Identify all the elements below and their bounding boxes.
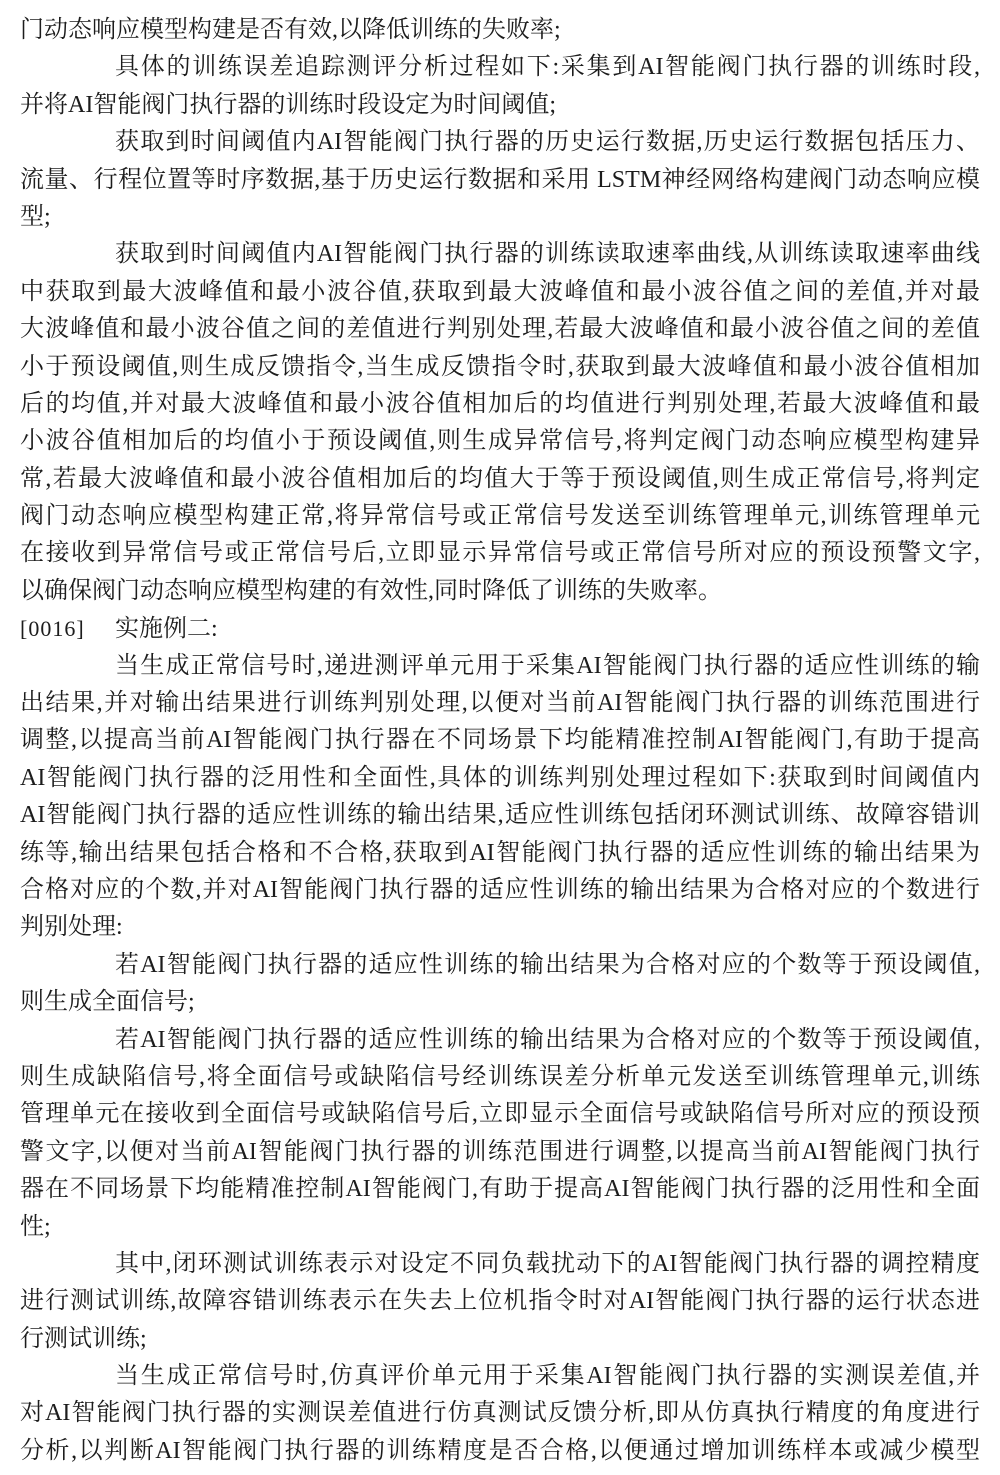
text-line: 行测试训练;	[20, 1321, 980, 1358]
embodiment-heading: 实施例二:	[115, 616, 218, 642]
text-line: 合格对应的个数,并对AI智能阀门执行器的适应性训练的输出结果为合格对应的个数进行	[20, 872, 980, 909]
text-line: 若AI智能阀门执行器的适应性训练的输出结果为合格对应的个数等于预设阈值,	[20, 1022, 980, 1059]
text-line: 警文字,以便对当前AI智能阀门执行器的训练范围进行调整,以提高当前AI智能阀门执…	[20, 1134, 980, 1171]
text-line: 当生成正常信号时,递进测评单元用于采集AI智能阀门执行器的适应性训练的输	[20, 648, 980, 685]
paragraph-number: [0016]	[20, 610, 115, 647]
text-line: 调整,以提高当前AI智能阀门执行器在不同场景下均能精准控制AI智能阀门,有助于提…	[20, 722, 980, 759]
text-line: 后的均值,并对最大波峰值和最小波谷值相加后的均值进行判别处理,若最大波峰值和最	[20, 386, 980, 423]
text-line: 器在不同场景下均能精准控制AI智能阀门,有助于提高AI智能阀门执行器的泛用性和全…	[20, 1171, 980, 1208]
text-line: 大波峰值和最小波谷值之间的差值进行判别处理,若最大波峰值和最小波谷值之间的差值	[20, 311, 980, 348]
text-line: 则生成全面信号;	[20, 984, 980, 1021]
text-line: 阀门动态响应模型构建正常,将异常信号或正常信号发送至训练管理单元,训练管理单元	[20, 498, 980, 535]
text-line: 判别处理:	[20, 909, 980, 946]
text-line: 常,若最大波峰值和最小波谷值相加后的均值大于等于预设阈值,则生成正常信号,将判定	[20, 461, 980, 498]
text-line: 对AI智能阀门执行器的实测误差值进行仿真测试反馈分析,即从仿真执行精度的角度进行	[20, 1395, 980, 1432]
text-line: 在接收到异常信号或正常信号后,立即显示异常信号或正常信号所对应的预设预警文字,	[20, 535, 980, 572]
text-line: 并将AI智能阀门执行器的训练时段设定为时间阈值;	[20, 87, 980, 124]
patent-text-page: 门动态响应模型构建是否有效,以降低训练的失败率;具体的训练误差追踪测评分析过程如…	[0, 0, 1000, 1470]
text-line: 练等,输出结果包括合格和不合格,获取到AI智能阀门执行器的适应性训练的输出结果为	[20, 835, 980, 872]
text-line: 型;	[20, 199, 980, 236]
text-line: 出结果,并对输出结果进行训练判别处理,以便对当前AI智能阀门执行器的训练范围进行	[20, 685, 980, 722]
text-line: AI智能阀门执行器的泛用性和全面性,具体的训练判别处理过程如下:获取到时间阈值内	[20, 760, 980, 797]
text-line: 进行测试训练,故障容错训练表示在失去上位机指令时对AI智能阀门执行器的运行状态进	[20, 1283, 980, 1320]
text-line: 若AI智能阀门执行器的适应性训练的输出结果为合格对应的个数等于预设阈值,	[20, 947, 980, 984]
text-line: 性;	[20, 1209, 980, 1246]
text-line: 以确保阀门动态响应模型构建的有效性,同时降低了训练的失败率。	[20, 573, 980, 610]
text-line: 获取到时间阈值内AI智能阀门执行器的历史运行数据,历史运行数据包括压力、	[20, 124, 980, 161]
text-line: 流量、行程位置等时序数据,基于历史运行数据和采用 LSTM神经网络构建阀门动态响…	[20, 162, 980, 199]
text-line: 分析,以判断AI智能阀门执行器的训练精度是否合格,以便通过增加训练样本或减少模型	[20, 1433, 980, 1470]
text-line: 门动态响应模型构建是否有效,以降低训练的失败率;	[20, 12, 980, 49]
text-line: 具体的训练误差追踪测评分析过程如下:采集到AI智能阀门执行器的训练时段,	[20, 49, 980, 86]
text-line: 其中,闭环测试训练表示对设定不同负载扰动下的AI智能阀门执行器的调控精度	[20, 1246, 980, 1283]
text-line: AI智能阀门执行器的适应性训练的输出结果,适应性训练包括闭环测试训练、故障容错训	[20, 797, 980, 834]
text-line: 当生成正常信号时,仿真评价单元用于采集AI智能阀门执行器的实测误差值,并	[20, 1358, 980, 1395]
paragraph-tag-line: [0016]实施例二:	[20, 610, 980, 647]
text-line: 中获取到最大波峰值和最小波谷值,获取到最大波峰值和最小波谷值之间的差值,并对最	[20, 274, 980, 311]
text-line: 管理单元在接收到全面信号或缺陷信号后,立即显示全面信号或缺陷信号所对应的预设预	[20, 1096, 980, 1133]
text-line: 则生成缺陷信号,将全面信号或缺陷信号经训练误差分析单元发送至训练管理单元,训练	[20, 1059, 980, 1096]
text-line: 小于预设阈值,则生成反馈指令,当生成反馈指令时,获取到最大波峰值和最小波谷值相加	[20, 349, 980, 386]
text-line: 小波谷值相加后的均值小于预设阈值,则生成异常信号,将判定阀门动态响应模型构建异	[20, 423, 980, 460]
text-line: 获取到时间阈值内AI智能阀门执行器的训练读取速率曲线,从训练读取速率曲线	[20, 236, 980, 273]
